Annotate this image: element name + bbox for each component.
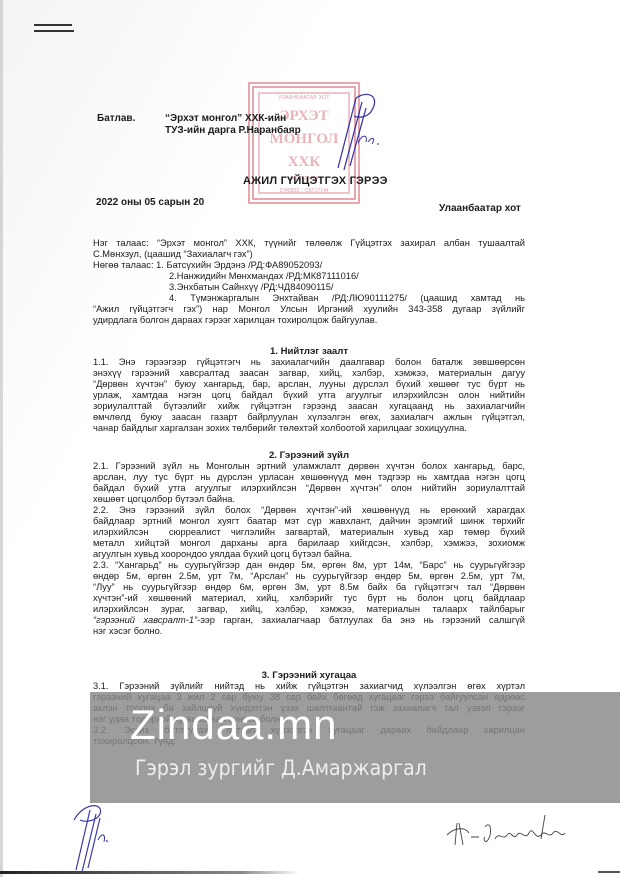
text-line: байдал бүхий утга агуулгыг илэрхийлсэн “… — [93, 483, 525, 494]
scan-page-edge — [0, 871, 300, 874]
text-line: “Луу” нь суурьгүйгээр өндөр 6м, өргөн 3м… — [93, 582, 525, 593]
text-line: илэрхийлсэн зураг, загвар, хийц, хэлбэр,… — [93, 604, 525, 615]
section-2-reference: “гэрээний хавсралт-1”-ээр гарган, захиал… — [93, 615, 525, 637]
text-line: 2.3. “Хангарьд” нь суурьгүйгээр дан өндө… — [93, 560, 525, 571]
approver-company: “Эрхэт монгол” ХХК-ийн — [165, 113, 286, 124]
text-line: илэрхийлсэн сюрреалист чиглэлийн загварт… — [93, 527, 525, 538]
text-line: нэг хэсэг болно. — [93, 626, 525, 637]
watermark-brand: Zindaa.mn — [130, 701, 337, 749]
section-body-1: 1.1. Энэ гэрээгээр гүйцэтгэгч нь захиала… — [93, 357, 525, 434]
text-line: энэхүү гэрээний хавсралтад заасан загвар… — [93, 368, 525, 379]
text-line: -ээр гарган, захиалагчаар батлуулах ба э… — [197, 615, 525, 625]
text-line: 2.1. Гэрээний зүйл нь Монголын эртний ул… — [93, 461, 525, 472]
text-line: 4. Түмэнжаргалын Энхтайван /РД:ЛЮ9011127… — [169, 293, 525, 304]
appendix-reference: “гэрээний хавсралт-1” — [93, 615, 197, 625]
text-line: “Дөрвөн хүчтэн” буюу хангарьд, бар, арсл… — [93, 379, 525, 390]
approver-name: ТУЗ-ийн дарга Р.Наранбаяр — [165, 125, 301, 136]
text-line: металл хийцтэй монгол дарханы арга барил… — [93, 538, 525, 549]
document-date: 2022 оны 05 сарын 20 — [96, 197, 204, 208]
document-title: АЖИЛ ГҮЙЦЭТГЭХ ГЭРЭЭ — [243, 175, 388, 187]
parties-closing: “Ажил гүйцэтгэгч гэх”) нар Монгол Улсын … — [93, 304, 525, 326]
text-line: С.Мөнхзул, (цаашид “Захиалагч гэх”) — [93, 249, 525, 260]
scan-page-edge — [0, 0, 3, 877]
party-member: 3.Энхбатын Сайнхүү /РД:ЧД84090115/ — [169, 282, 333, 292]
photo-credit: Гэрэл зургийг Д.Амаржаргал — [135, 756, 427, 780]
party-member: 1. Батсүхийн Эрдэнэ /РД:ФА89052093/ — [156, 260, 322, 270]
text-line: 1.1. Энэ гэрээгээр гүйцэтгэгч нь захиала… — [93, 357, 525, 368]
text-line: “Ажил гүйцэтгэгч гэх”) нар Монгол Улсын … — [93, 304, 525, 315]
document-city: Улаанбаатар хот — [439, 203, 521, 214]
text-line: урлаж, хамтдаа нэгэн цогц байдал бүхий у… — [93, 390, 525, 401]
section-heading: 3. Гэрээний хугацаа — [93, 670, 525, 681]
signature-icon — [445, 805, 585, 850]
party-member: 4. Түмэнжаргалын Энхтайван /РД:ЛЮ9011127… — [169, 293, 525, 304]
text-line: 2.2. Энэ гэрээний зүйл болох “Дөрвөн хүч… — [93, 505, 525, 516]
text-line: өмчлөлд буюу заасан газарт байрлуулан хү… — [93, 412, 525, 423]
text-line: зориулалттай бүтээлийг хийж гүйцэтгэн гэ… — [93, 401, 525, 412]
approve-label: Батлав. — [97, 113, 135, 124]
signature-icon — [328, 88, 388, 178]
text-line: удирдлага болгон дараах гэрээг харилцан … — [93, 315, 525, 326]
scan-page-edge — [598, 871, 620, 873]
text-line: байдлаар эртний монгол хуягт баатар мэт … — [93, 516, 525, 527]
text-line: хөшөөт цогцолбор бүтээл байна. — [93, 494, 525, 505]
text-line: Нэг талаас: “Эрхэт монгол” ХХК, түүнийг … — [93, 238, 525, 249]
text-line: хүчтэн”-ий хөшөөний материал, хийц, хэлб… — [93, 593, 525, 604]
signature-icon — [70, 800, 120, 875]
section-heading: 1. Нийтлэг заалт — [93, 346, 525, 357]
text-line: өндөр 5м, өргөн 2.5м, урт 7м, “Арслан” н… — [93, 571, 525, 582]
parties-first: Нэг талаас: “Эрхэт монгол” ХХК, түүнийг … — [93, 238, 525, 260]
margin-mark — [34, 30, 74, 32]
party-member: 2.Нанжидийн Мөнхмандах /РД:МК87111016/ — [169, 271, 359, 281]
text-line: чанар байдлыг харгалзан зохих төлбөрийг … — [93, 423, 525, 434]
stamp-number: 2743833 ∴ СБТ17144 — [254, 188, 354, 194]
parties-second-label: Нөгөө талаас: — [93, 260, 154, 270]
text-line: арслан, луу тус бүрт нь дүрслэн урласан … — [93, 472, 525, 483]
margin-mark — [34, 24, 72, 26]
text-line: 3.1. Гэрээний зүйлийг нийтэд нь хийж гүй… — [93, 681, 525, 692]
section-heading: 2. Гэрээний зүйл — [93, 450, 525, 461]
section-body-2: 2.1. Гэрээний зүйл нь Монголын эртний ул… — [93, 461, 525, 615]
text-line: агуулгын хувьд хоорондоо уялдаа бүхий цо… — [93, 549, 525, 560]
